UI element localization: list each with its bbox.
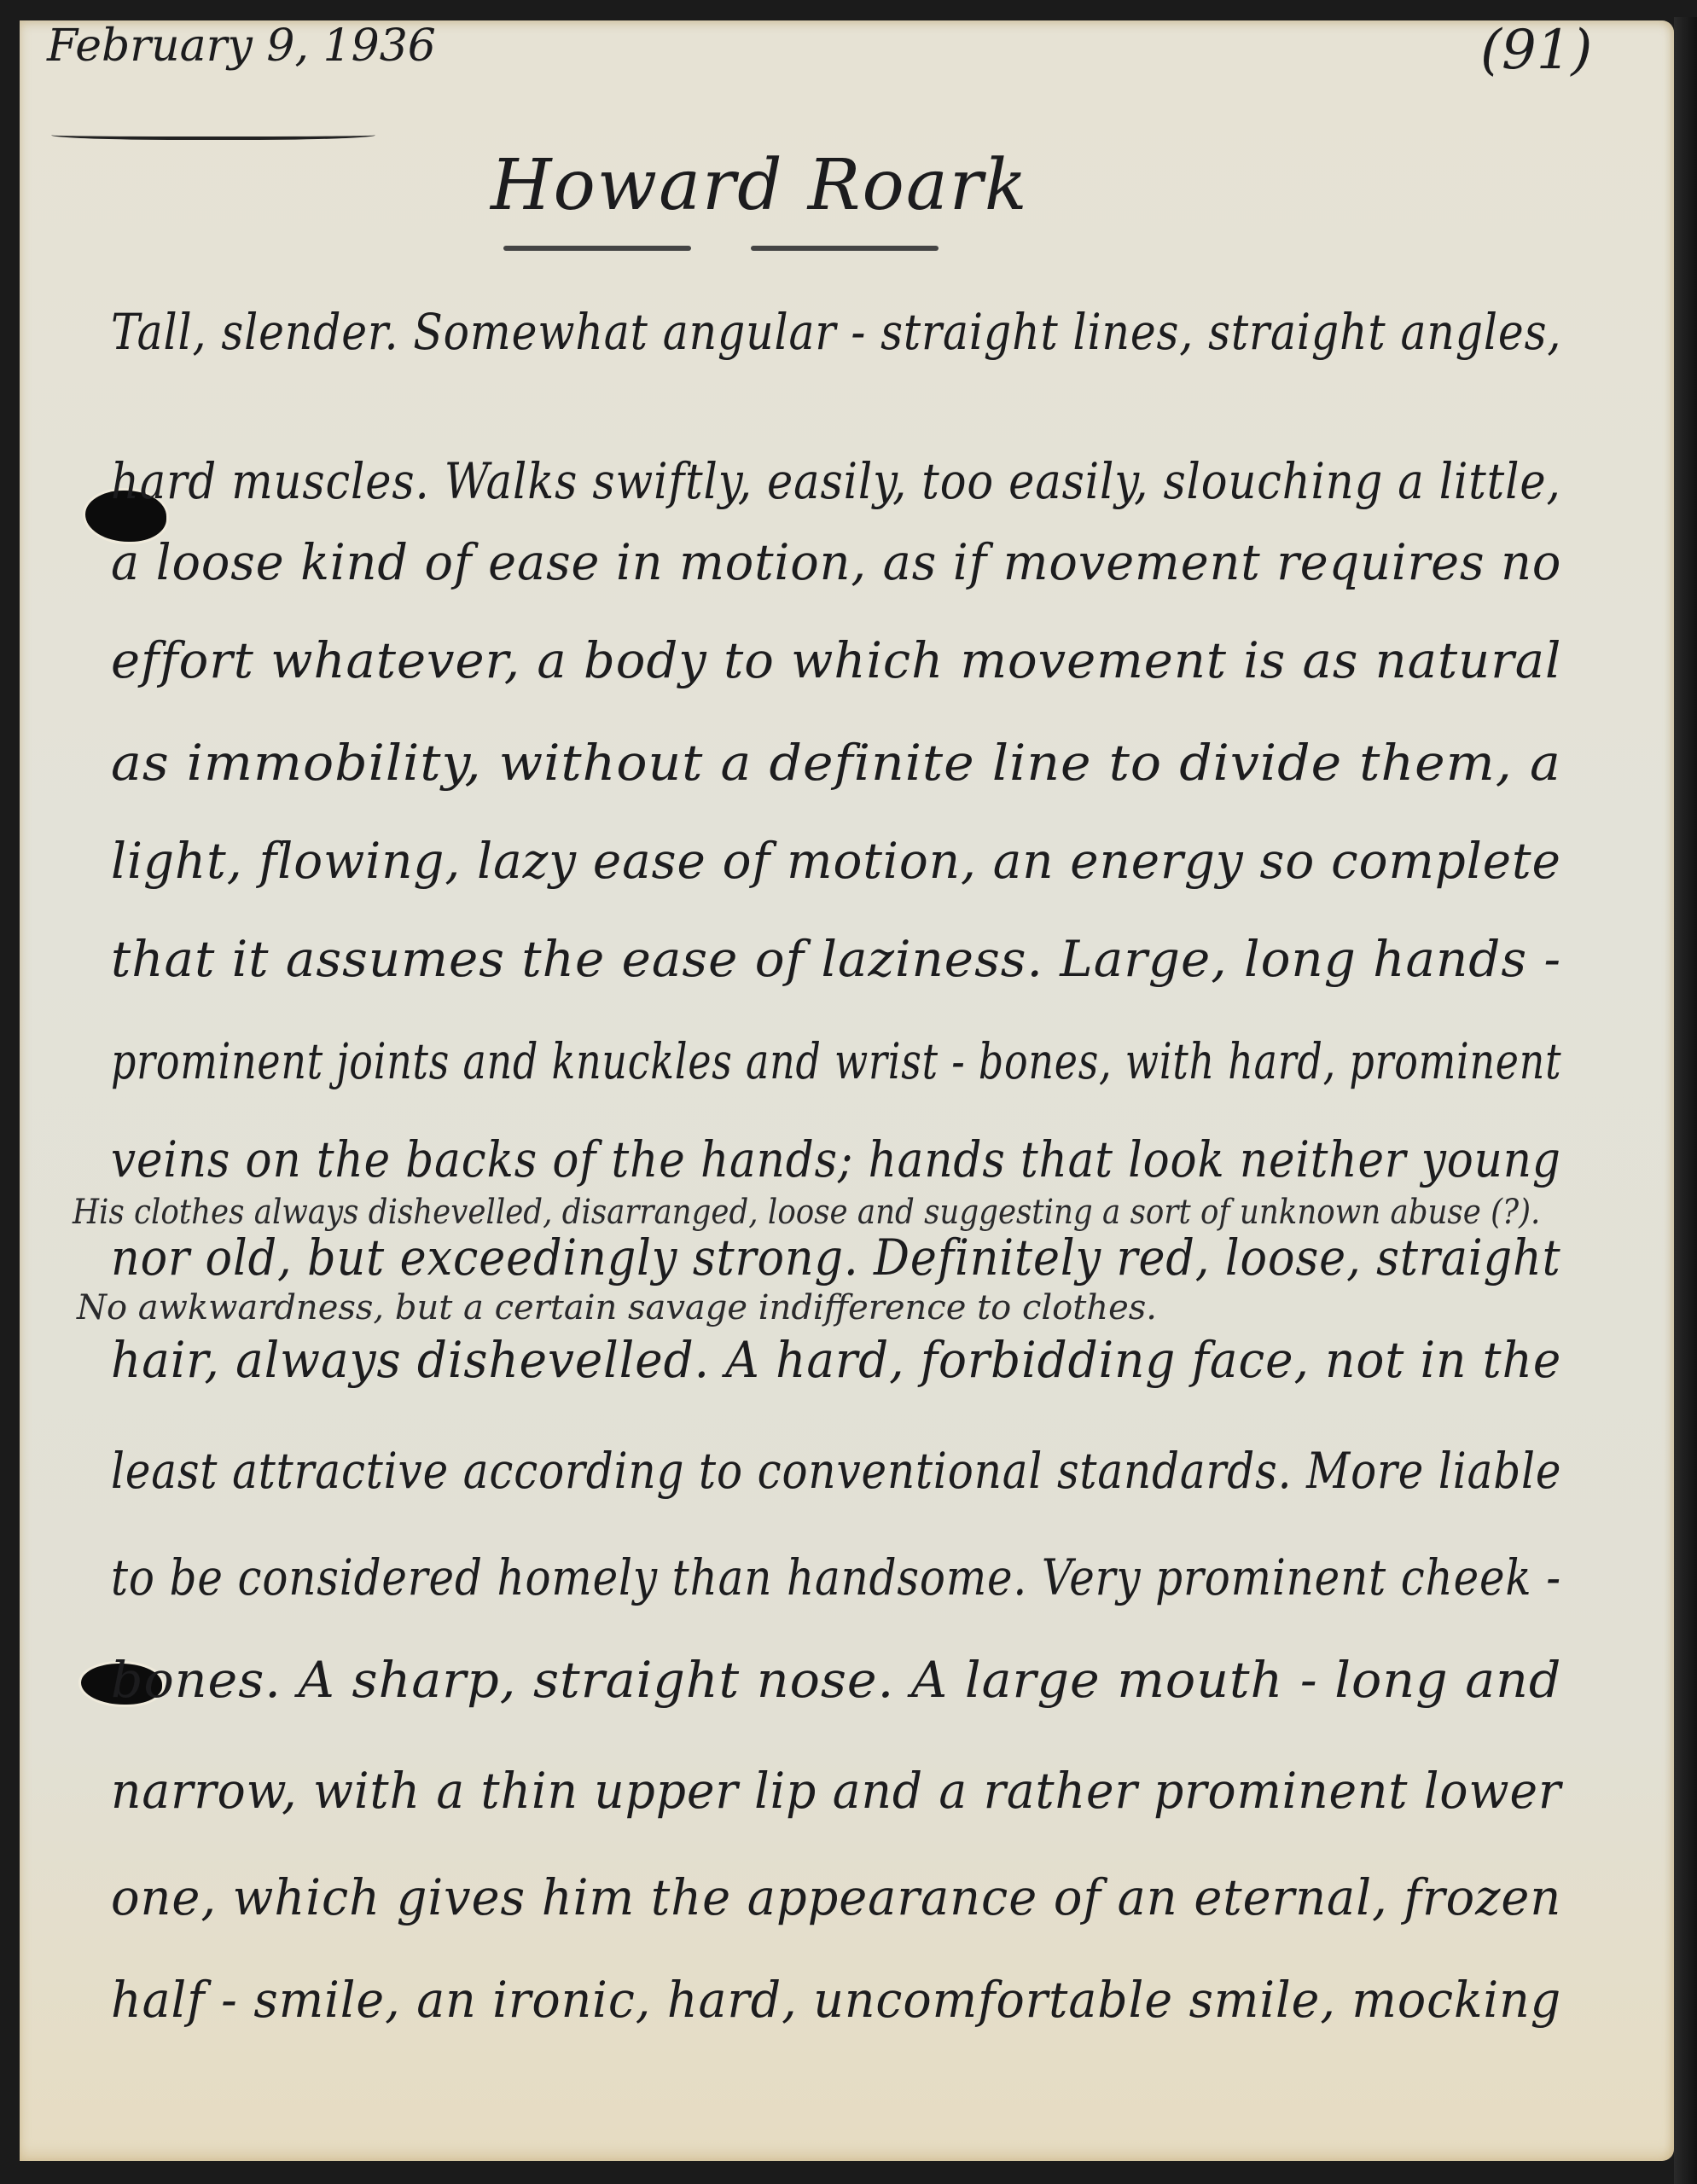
- text-line: half - smile, an ironic, hard, uncomfort…: [111, 1971, 1561, 2029]
- text-line: effort whatever, a body to which movemen…: [111, 631, 1561, 689]
- text-line: nor old, but exceedingly strong. Definit…: [111, 1228, 1561, 1287]
- text-line: veins on the backs of the hands; hands t…: [111, 1130, 1561, 1188]
- text-line: Tall, slender. Somewhat angular - straig…: [111, 303, 1561, 361]
- date-underline: [51, 128, 375, 140]
- page-title: Howard Roark: [491, 145, 1029, 226]
- text-line: a loose kind of ease in motion, as if mo…: [111, 533, 1561, 591]
- text-line: hard muscles. Walks swiftly, easily, too…: [111, 452, 1561, 510]
- scan-frame-edge: [1674, 17, 1697, 2184]
- text-line: hair, always dishevelled. A hard, forbid…: [111, 1331, 1561, 1389]
- text-line: as immobility, without a definite line t…: [111, 734, 1561, 792]
- title-underline-2: [751, 246, 939, 251]
- date-heading: February 9, 1936: [47, 20, 436, 72]
- text-line: least attractive according to convention…: [111, 1442, 1561, 1500]
- text-line: prominent joints and knuckles and wrist …: [111, 1032, 1561, 1090]
- text-line: narrow, with a thin upper lip and a rath…: [111, 1762, 1561, 1820]
- title-underline-1: [503, 246, 691, 251]
- text-line: one, which gives him the appearance of a…: [111, 1868, 1561, 1926]
- text-line: light, flowing, lazy ease of motion, an …: [111, 832, 1561, 890]
- text-line: bones. A sharp, straight nose. A large m…: [111, 1651, 1561, 1709]
- interlinear-insert: No awkwardness, but a certain savage ind…: [77, 1288, 1157, 1327]
- page-number: (91): [1480, 19, 1592, 82]
- interlinear-insert: His clothes always dishevelled, disarran…: [73, 1193, 1540, 1232]
- text-line: to be considered homely than handsome. V…: [111, 1548, 1561, 1606]
- text-line: that it assumes the ease of laziness. La…: [111, 930, 1561, 988]
